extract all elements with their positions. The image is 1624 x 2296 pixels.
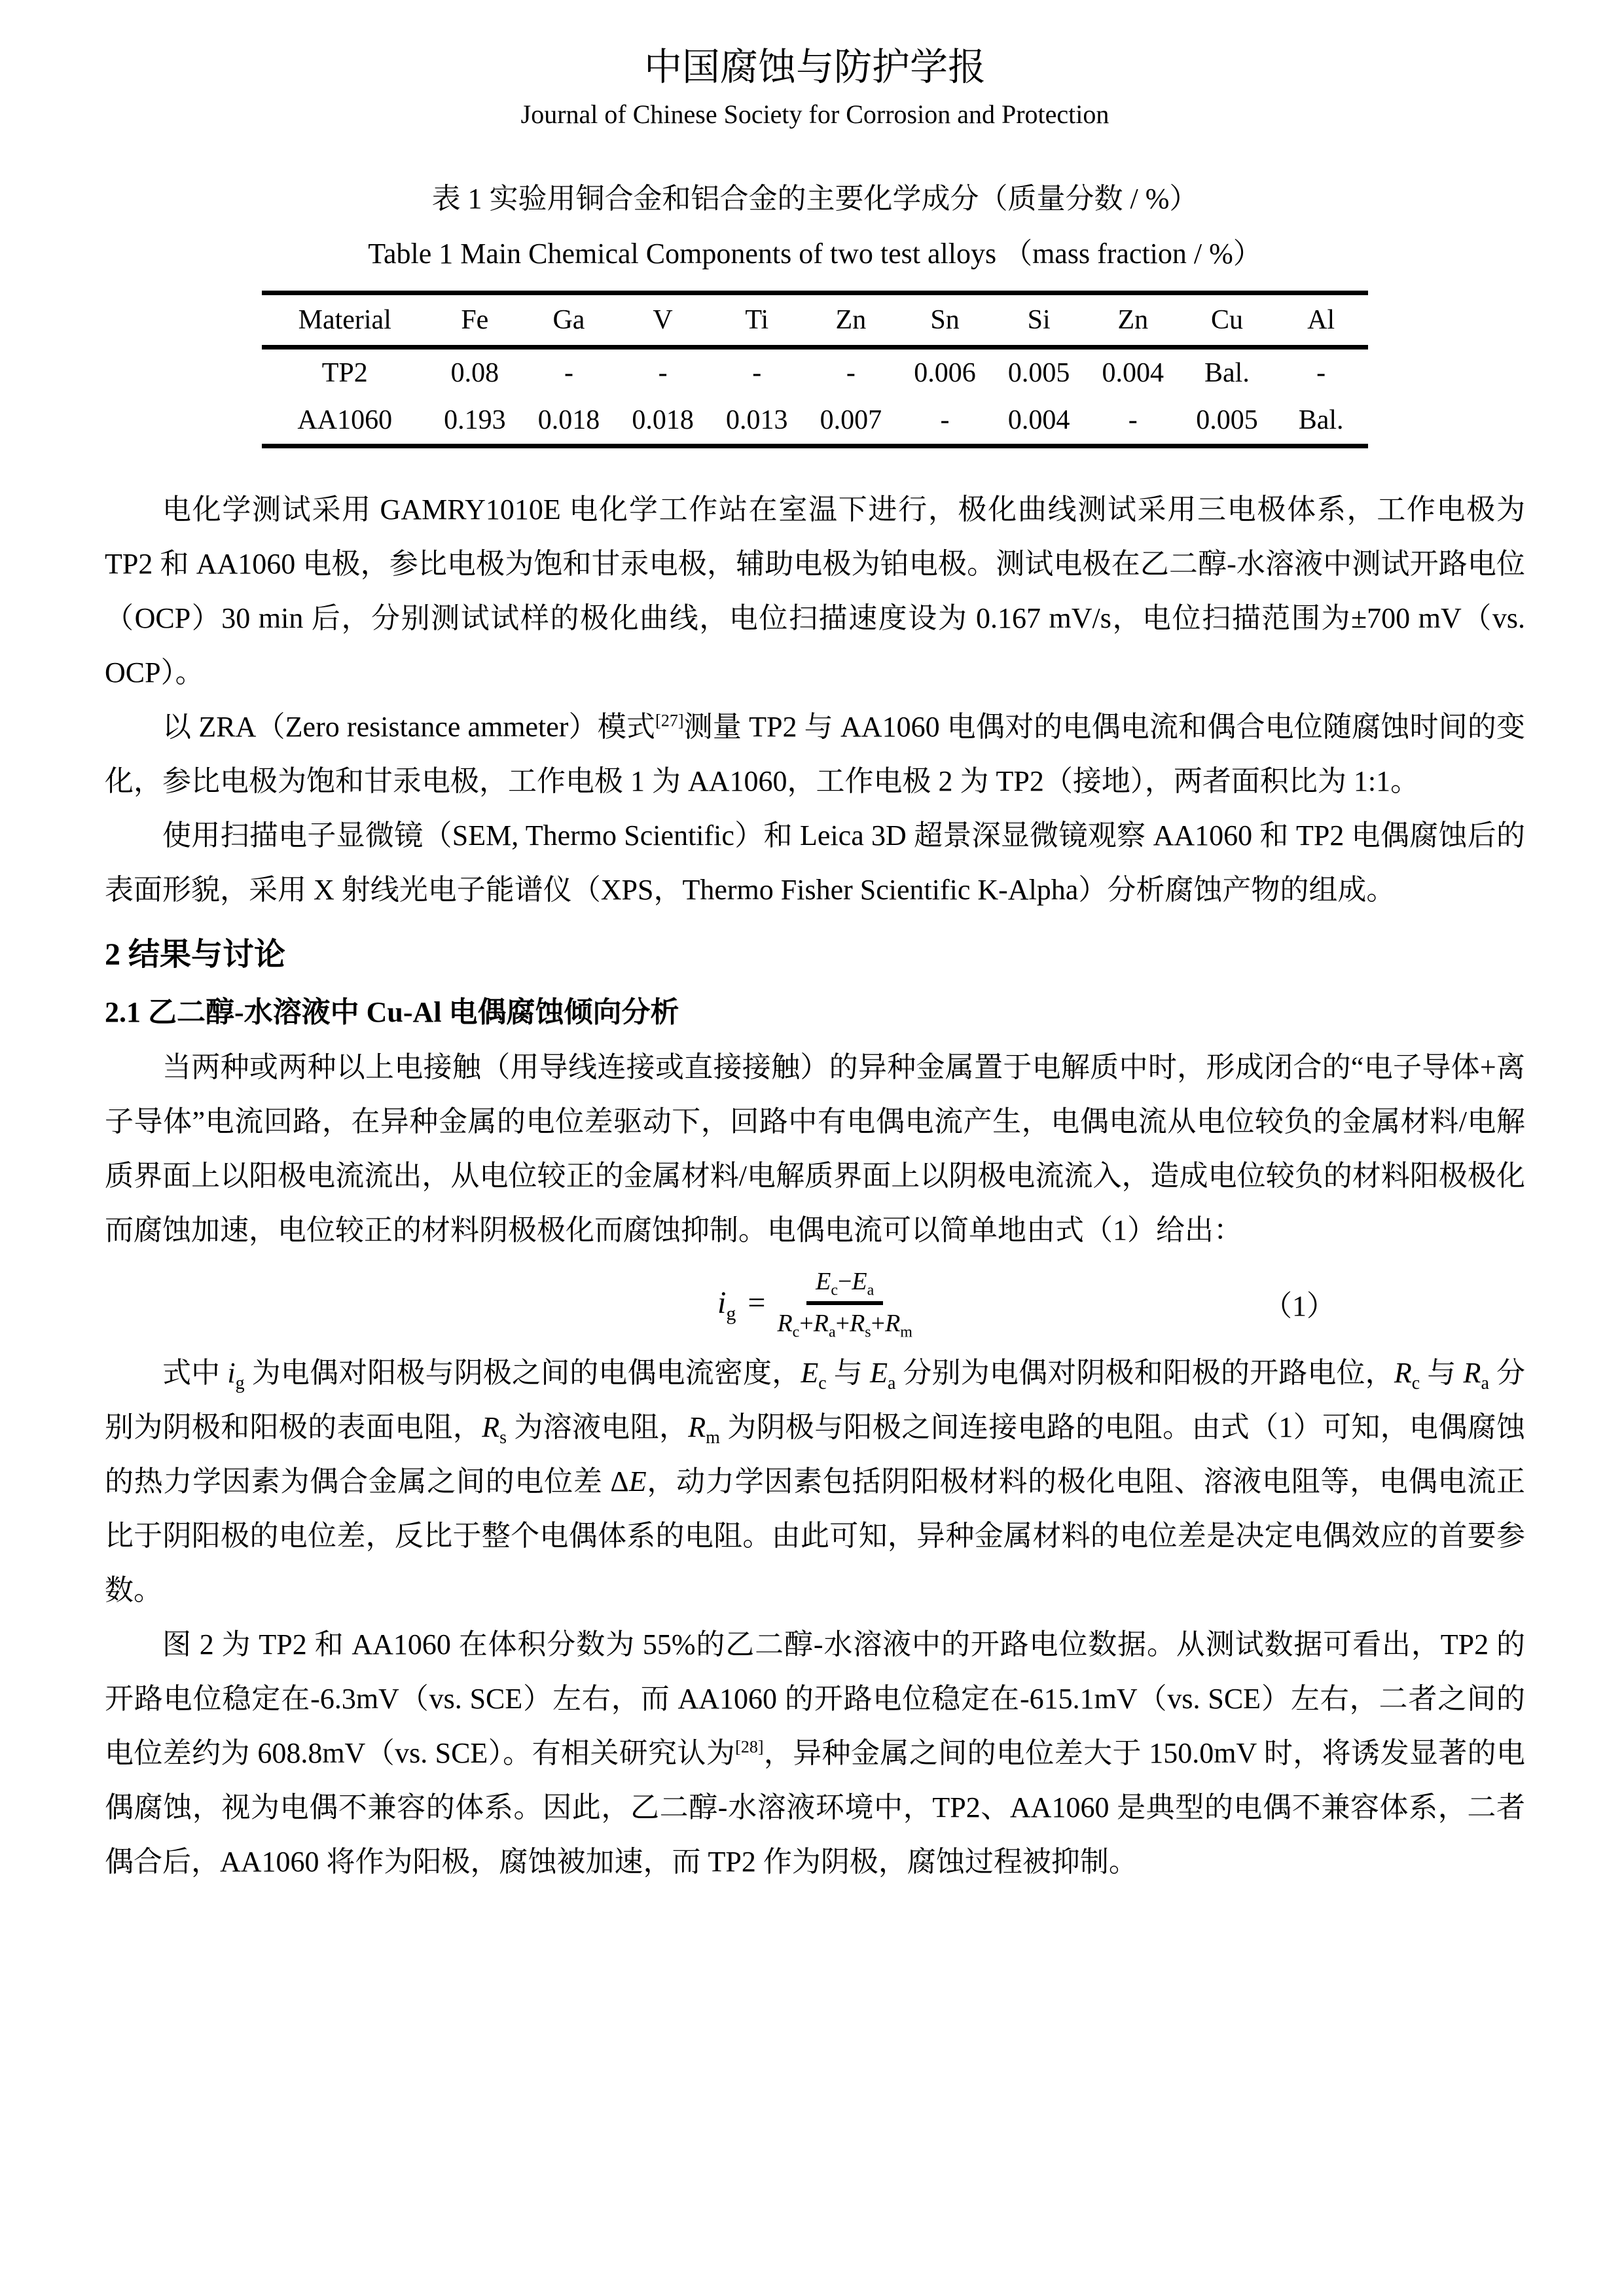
equation-number: （1） (1263, 1282, 1335, 1324)
table-cell: - (710, 348, 804, 397)
table-header-cell: Ga (522, 293, 616, 348)
table-cell: - (804, 348, 898, 397)
equation-lhs: ig (717, 1285, 736, 1321)
table-row: AA10600.1930.0180.0180.0130.007-0.004-0.… (262, 397, 1368, 446)
table-cell: - (1274, 348, 1368, 397)
paragraph-equation-terms: 式中 ig 为电偶对阳极与阴极之间的电偶电流密度，Ec 与 Ea 分别为电偶对阴… (105, 1346, 1525, 1617)
paragraph-electrochemical-test: 电化学测试采用 GAMRY1010E 电化学工作站在室温下进行，极化曲线测试采用… (105, 482, 1525, 700)
equation-fraction: Ec−Ea Rc+Ra+Rs+Rm (777, 1266, 912, 1339)
table-cell: 0.004 (1086, 348, 1180, 397)
journal-title: 中国腐蚀与防护学报 (105, 42, 1525, 93)
table-header-cell: Cu (1180, 293, 1274, 348)
paragraph-ocp-results: 图 2 为 TP2 和 AA1060 在体积分数为 55%的乙二醇-水溶液中的开… (105, 1617, 1525, 1889)
equation-1: ig = Ec−Ea Rc+Ra+Rs+Rm （1） (105, 1266, 1525, 1339)
table-body: TP20.08----0.0060.0050.004Bal.-AA10600.1… (262, 348, 1368, 446)
table-header-cell: Zn (1086, 293, 1180, 348)
table-header-cell: Material (262, 293, 428, 348)
table-cell: - (522, 348, 616, 397)
table-header-cell: V (616, 293, 710, 348)
table-cell: AA1060 (262, 397, 428, 446)
table-cell: TP2 (262, 348, 428, 397)
table-cell: 0.007 (804, 397, 898, 446)
table-cell: 0.193 (428, 397, 522, 446)
journal-subtitle: Journal of Chinese Society for Corrosion… (105, 97, 1525, 132)
table-cell: 0.005 (1180, 397, 1274, 446)
table-cell: 0.013 (710, 397, 804, 446)
section-heading-results: 2 结果与讨论 (105, 926, 1525, 984)
table-cell: 0.018 (616, 397, 710, 446)
table-caption-cn: 表 1 实验用铜合金和铝合金的主要化学成分（质量分数 / %） (105, 179, 1525, 219)
table-cell: 0.018 (522, 397, 616, 446)
table-cell: - (898, 397, 992, 446)
table-header-cell: Sn (898, 293, 992, 348)
table-cell: - (616, 348, 710, 397)
equation-denominator: Rc+Ra+Rs+Rm (777, 1305, 912, 1340)
subsection-heading-2-1: 2.1 乙二醇-水溶液中 Cu-Al 电偶腐蚀倾向分析 (105, 985, 1525, 1040)
table-caption-en: Table 1 Main Chemical Components of two … (105, 234, 1525, 274)
equation-equals-sign: = (748, 1285, 765, 1321)
alloy-composition-table: MaterialFeGaVTiZnSnSiZnCuAl TP20.08----0… (262, 291, 1368, 448)
table-cell: 0.08 (428, 348, 522, 397)
paragraph-galvanic-theory: 当两种或两种以上电接触（用导线连接或直接接触）的异种金属置于电解质中时，形成闭合… (105, 1040, 1525, 1257)
table-cell: 0.006 (898, 348, 992, 397)
table-cell: 0.005 (992, 348, 1086, 397)
table-cell: - (1086, 397, 1180, 446)
table-header-cell: Ti (710, 293, 804, 348)
table-header-cell: Al (1274, 293, 1368, 348)
table-header-cell: Fe (428, 293, 522, 348)
table-header-cell: Zn (804, 293, 898, 348)
table-header-cell: Si (992, 293, 1086, 348)
paragraph-sem-xps: 使用扫描电子显微镜（SEM, Thermo Scientific）和 Leica… (105, 808, 1525, 917)
paragraph-zra-measurement: 以 ZRA（Zero resistance ammeter）模式[27]测量 T… (105, 700, 1525, 808)
table-cell: Bal. (1180, 348, 1274, 397)
document-page: 中国腐蚀与防护学报 Journal of Chinese Society for… (0, 0, 1624, 2296)
table-cell: 0.004 (992, 397, 1086, 446)
table-header-row: MaterialFeGaVTiZnSnSiZnCuAl (262, 293, 1368, 348)
equation-numerator: Ec−Ea (806, 1266, 883, 1305)
table-cell: Bal. (1274, 397, 1368, 446)
table-row: TP20.08----0.0060.0050.004Bal.- (262, 348, 1368, 397)
